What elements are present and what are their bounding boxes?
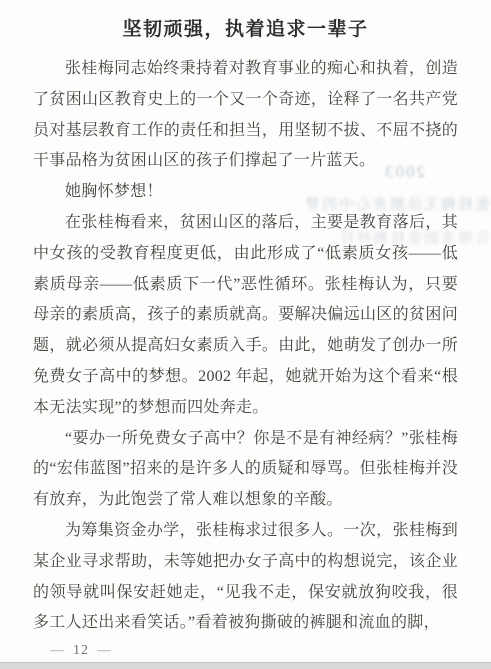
document-page: 坚韧顽强，执着追求一辈子 张桂梅同志始终秉持着对教育事业的痴心和执着，创造了贫困…: [0, 0, 491, 669]
paragraph-paragraph: 在张桂梅看来，贫困山区的落后，主要是教育落后，其中女孩的受教育程度更低，由此形成…: [33, 208, 458, 424]
paragraph-paragraph: “要办一所免费女子高中？你是不是有神经病？”张桂梅的“宏伟蓝图”招来的是许多人的…: [33, 424, 458, 516]
document-body: 张桂梅同志始终秉持着对教育事业的痴心和执着，创造了贫困山区教育史上的一个又一个奇…: [33, 54, 458, 639]
page-number: 12: [73, 643, 89, 658]
footer-dash-left: —: [50, 643, 65, 658]
paragraph-subheading: 她胸怀梦想！: [33, 177, 458, 208]
paragraph-paragraph: 张桂梅同志始终秉持着对教育事业的痴心和执着，创造了贫困山区教育史上的一个又一个奇…: [33, 54, 458, 177]
paragraph-paragraph: 为筹集资金办学，张桂梅求过很多人。一次，张桂梅到某企业寻求帮助，未等她把办女子高…: [33, 516, 458, 639]
footer-dash-right: —: [97, 643, 112, 658]
document-title: 坚韧顽强，执着追求一辈子: [0, 14, 491, 41]
scan-edge-band: [0, 662, 491, 669]
page-footer: —12—: [42, 643, 120, 659]
